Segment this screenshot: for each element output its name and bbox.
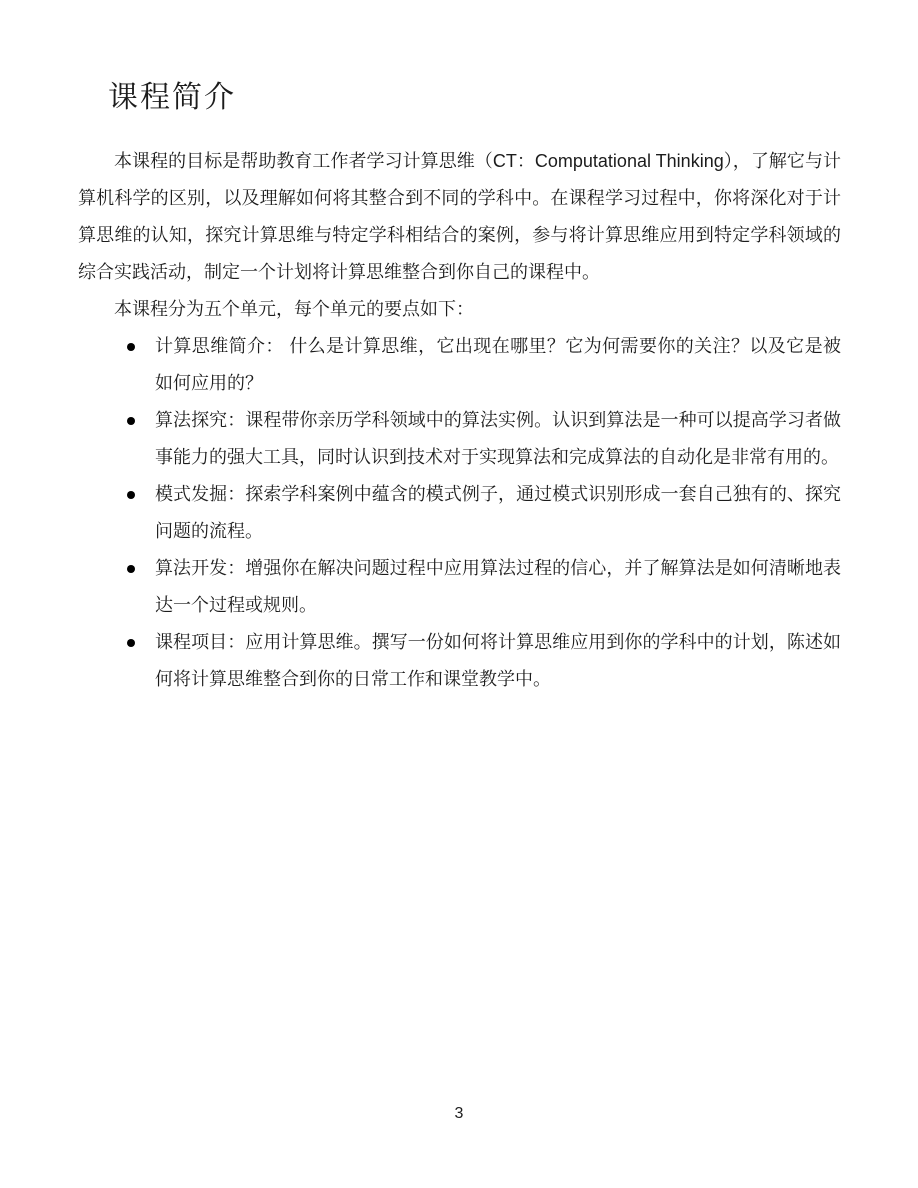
bullet-icon [127, 639, 135, 647]
bullet-icon [127, 417, 135, 425]
bullet-icon [127, 565, 135, 573]
page-title: 课程简介 [108, 78, 841, 118]
intro-paragraph: 本课程的目标是帮助教育工作者学习计算思维（CT：Computational Th… [78, 143, 841, 291]
document-page: 课程简介 本课程的目标是帮助教育工作者学习计算思维（CT：Computation… [0, 0, 918, 1188]
page-number: 3 [0, 1103, 918, 1125]
unit-bullet-list: 计算思维简介： 什么是计算思维，它出现在哪里？它为何需要你的关注？以及它是被如何… [78, 328, 841, 698]
list-item: 算法探究：课程带你亲历学科领域中的算法实例。认识到算法是一种可以提高学习者做事能… [78, 402, 841, 476]
list-item-text: 计算思维简介： 什么是计算思维，它出现在哪里？它为何需要你的关注？以及它是被如何… [155, 336, 841, 393]
bullet-icon [127, 343, 135, 351]
bullet-icon [127, 491, 135, 499]
list-item-text: 课程项目：应用计算思维。撰写一份如何将计算思维应用到你的学科中的计划，陈述如何将… [155, 632, 841, 689]
list-item: 算法开发：增强你在解决问题过程中应用算法过程的信心，并了解算法是如何清晰地表达一… [78, 550, 841, 624]
list-item: 模式发掘：探索学科案例中蕴含的模式例子，通过模式识别形成一套自己独有的、探究问题… [78, 476, 841, 550]
list-item: 课程项目：应用计算思维。撰写一份如何将计算思维应用到你的学科中的计划，陈述如何将… [78, 624, 841, 698]
list-item-text: 模式发掘：探索学科案例中蕴含的模式例子，通过模式识别形成一套自己独有的、探究问题… [155, 484, 841, 541]
units-lead-paragraph: 本课程分为五个单元，每个单元的要点如下： [78, 291, 841, 328]
list-item: 计算思维简介： 什么是计算思维，它出现在哪里？它为何需要你的关注？以及它是被如何… [78, 328, 841, 402]
page-content: 课程简介 本课程的目标是帮助教育工作者学习计算思维（CT：Computation… [78, 78, 841, 698]
list-item-text: 算法开发：增强你在解决问题过程中应用算法过程的信心，并了解算法是如何清晰地表达一… [155, 558, 841, 615]
list-item-text: 算法探究：课程带你亲历学科领域中的算法实例。认识到算法是一种可以提高学习者做事能… [155, 410, 841, 467]
